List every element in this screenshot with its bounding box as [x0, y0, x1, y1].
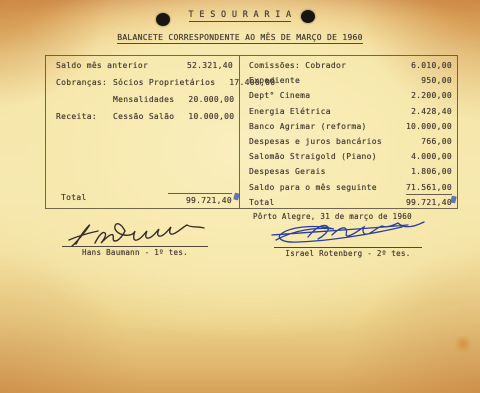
- row-item: [113, 61, 173, 78]
- signature-block-second-treasurer: Israel Rotenberg - 2º tes.: [274, 224, 422, 258]
- total-label: Total: [249, 198, 275, 213]
- row-value: 20.000,00: [174, 95, 234, 112]
- table-row: Mensalidades 20.000,00: [56, 95, 233, 112]
- row-value: 950,00: [421, 76, 452, 91]
- income-total-row: Total 99.721,40: [56, 193, 232, 205]
- row-category: Cobranças:: [56, 78, 113, 95]
- expense-column: Comissões: Cobrador 6.010,00 Expediente …: [239, 56, 457, 208]
- row-label: Banco Agrimar (reforma): [249, 122, 367, 137]
- table-row: Despesas Gerais 1.806,00: [249, 167, 452, 182]
- table-row: Cobranças: Sócios Proprietários 17.400,0…: [56, 78, 233, 95]
- row-category: [56, 95, 113, 112]
- row-label: Despesas Gerais: [249, 167, 326, 182]
- handwritten-signature: [268, 220, 428, 248]
- row-label: Energia Elétrica: [249, 107, 331, 122]
- row-item: Sócios Proprietários: [113, 78, 215, 95]
- row-label: Expediente: [249, 76, 300, 91]
- row-category: Receita:: [56, 112, 113, 129]
- signature-caption: Israel Rotenberg - 2º tes.: [274, 249, 422, 258]
- scanned-treasury-balance-sheet: T E S O U R A R I A BALANCETE CORRESPOND…: [0, 0, 480, 393]
- table-row: Despesas e juros bancários 766,00: [249, 137, 452, 152]
- page-subtitle-text: BALANCETE CORRESPONDENTE AO MÊS DE MARÇO…: [117, 33, 363, 44]
- row-value: 4.000,00: [411, 152, 452, 167]
- row-item: Cessão Salão: [113, 112, 174, 129]
- table-row: Comissões: Cobrador 6.010,00: [249, 61, 452, 76]
- row-value: 1.806,00: [411, 167, 452, 182]
- table-row: Saldo mês anterior 52.321,40: [56, 61, 233, 78]
- row-item: Mensalidades: [113, 95, 174, 112]
- row-label: Saldo para o mês seguinte: [249, 183, 377, 198]
- row-label: Despesas e juros bancários: [249, 137, 382, 152]
- page-title-text: T E S O U R A R I A: [189, 10, 292, 22]
- total-label: Total: [56, 193, 87, 205]
- table-row: Expediente 950,00: [249, 76, 452, 91]
- row-label: Comissões: Cobrador: [249, 61, 346, 76]
- table-row: Saldo para o mês seguinte 71.561,00: [249, 183, 452, 198]
- row-value: 2.428,40: [411, 107, 452, 122]
- table-row: Energia Elétrica 2.428,40: [249, 107, 452, 122]
- row-category: Saldo mês anterior: [56, 61, 113, 78]
- expense-total-row: Total 99.721,40: [249, 198, 452, 213]
- page-subtitle: BALANCETE CORRESPONDENTE AO MÊS DE MARÇO…: [0, 33, 480, 42]
- row-value: 2.200,00: [411, 91, 452, 106]
- row-value: 52.321,40: [173, 61, 233, 78]
- row-value: 766,00: [421, 137, 452, 152]
- table-row: Receita: Cessão Salão 10.000,00: [56, 112, 233, 129]
- table-row: Dept° Cinema 2.200,00: [249, 91, 452, 106]
- table-row: Salomão Straigold (Piano) 4.000,00: [249, 152, 452, 167]
- income-column: Saldo mês anterior 52.321,40 Cobranças: …: [46, 56, 239, 208]
- row-value: 6.010,00: [411, 61, 452, 76]
- row-value: 10.000,00: [174, 112, 234, 129]
- signature-block-first-treasurer: Hans Baumann - 1º tes.: [62, 222, 208, 257]
- total-value: 99.721,40: [406, 198, 452, 213]
- row-value: 10.000,00: [406, 122, 452, 137]
- row-label: Salomão Straigold (Piano): [249, 152, 377, 167]
- row-label: Dept° Cinema: [249, 91, 310, 106]
- row-value: 71.561,00: [406, 183, 452, 195]
- page-title: T E S O U R A R I A: [0, 10, 480, 20]
- balance-table: Saldo mês anterior 52.321,40 Cobranças: …: [45, 55, 458, 209]
- handwritten-signature: [62, 220, 208, 247]
- signature-caption: Hans Baumann - 1º tes.: [62, 248, 208, 257]
- table-row: Banco Agrimar (reforma) 10.000,00: [249, 122, 452, 137]
- total-value: 99.721,40: [168, 193, 232, 205]
